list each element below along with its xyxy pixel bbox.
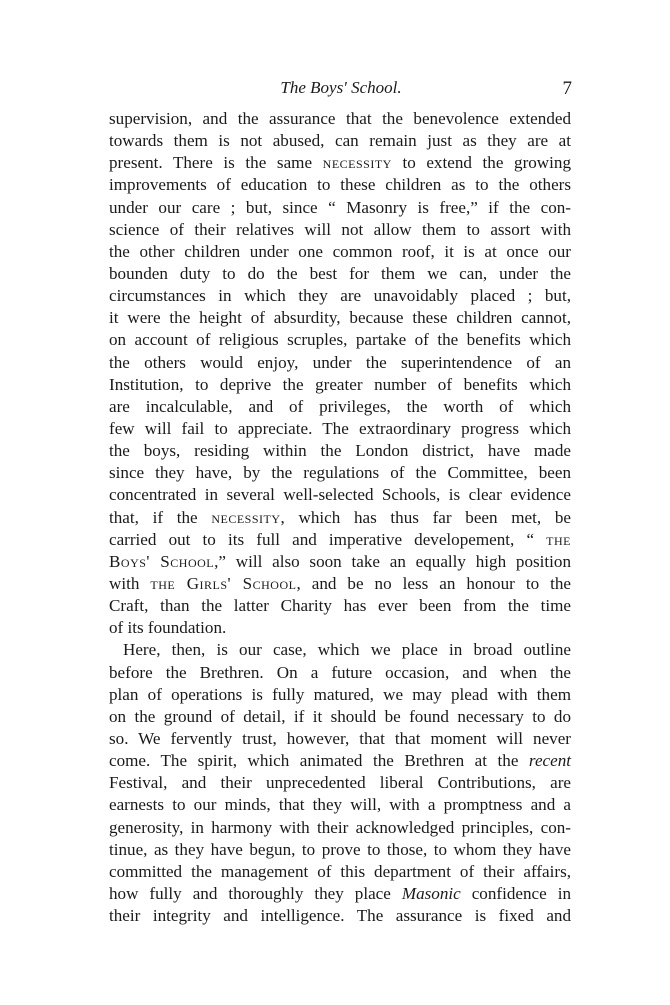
- text-line: with the Girls' School, and be no less a…: [109, 573, 571, 595]
- text-line: on the ground of detail, if it should be…: [109, 706, 571, 728]
- text-line: earnests to our minds, that they will, w…: [109, 794, 571, 816]
- small-caps-text: the: [546, 530, 571, 549]
- text-line: plan of operations is fully matured, we …: [109, 684, 571, 706]
- text-line: towards them is not abused, can remain j…: [109, 130, 571, 152]
- text-line: so. We fervently trust, however, that th…: [109, 728, 571, 750]
- text-line: supervision, and the assurance that the …: [109, 108, 571, 130]
- text-line: it were the height of absurdity, because…: [109, 307, 571, 329]
- page-header: The Boys' School. 7: [110, 78, 572, 106]
- running-title: The Boys' School.: [110, 78, 572, 98]
- text-line: Festival, and their unprecedented libera…: [109, 772, 571, 794]
- text-line: since they have, by the regulations of t…: [109, 462, 571, 484]
- text-line: few will fail to appreciate. The extraor…: [109, 418, 571, 440]
- text-line: how fully and thoroughly they place Maso…: [109, 883, 571, 905]
- text-line: generosity, in harmony with their acknow…: [109, 817, 571, 839]
- text-line: bounden duty to do the best for them we …: [109, 263, 571, 285]
- text-line: Institution, to deprive the greater numb…: [109, 374, 571, 396]
- text-line: committed the management of this departm…: [109, 861, 571, 883]
- text-line: present. There is the same necessity to …: [109, 152, 571, 174]
- text-line: under our care ; but, since “ Masonry is…: [109, 197, 571, 219]
- italic-text: Masonic: [402, 884, 461, 903]
- small-caps-text: necessity: [211, 508, 280, 527]
- body-text: supervision, and the assurance that the …: [109, 108, 571, 927]
- text-line: of its foundation.: [109, 617, 571, 639]
- text-line: concentrated in several well-selected Sc…: [109, 484, 571, 506]
- text-line: before the Brethren. On a future occasio…: [109, 662, 571, 684]
- text-line: on account of religious scruples, partak…: [109, 329, 571, 351]
- text-line: improvements of education to these child…: [109, 174, 571, 196]
- text-line: the boys, residing within the London dis…: [109, 440, 571, 462]
- text-line: the others would enjoy, under the superi…: [109, 352, 571, 374]
- text-line: the other children under one common roof…: [109, 241, 571, 263]
- small-caps-text: necessity: [323, 153, 392, 172]
- italic-text: recent: [529, 751, 571, 770]
- text-line: are incalculable, and of privileges, the…: [109, 396, 571, 418]
- text-line: Boys' School,” will also soon take an eq…: [109, 551, 571, 573]
- text-line: their integrity and intelligence. The as…: [109, 905, 571, 927]
- page-number: 7: [563, 78, 573, 100]
- text-line: that, if the necessity, which has thus f…: [109, 507, 571, 529]
- text-line: science of their relatives will not allo…: [109, 219, 571, 241]
- small-caps-text: Boys' School: [109, 552, 214, 571]
- text-line: circumstances in which they are unavoida…: [109, 285, 571, 307]
- text-line: carried out to its full and imperative d…: [109, 529, 571, 551]
- text-line: come. The spirit, which animated the Bre…: [109, 750, 571, 772]
- text-line: tinue, as they have begun, to prove to t…: [109, 839, 571, 861]
- text-line: Craft, than the latter Charity has ever …: [109, 595, 571, 617]
- small-caps-text: the Girls' School: [150, 574, 296, 593]
- text-line: Here, then, is our case, which we place …: [109, 639, 571, 661]
